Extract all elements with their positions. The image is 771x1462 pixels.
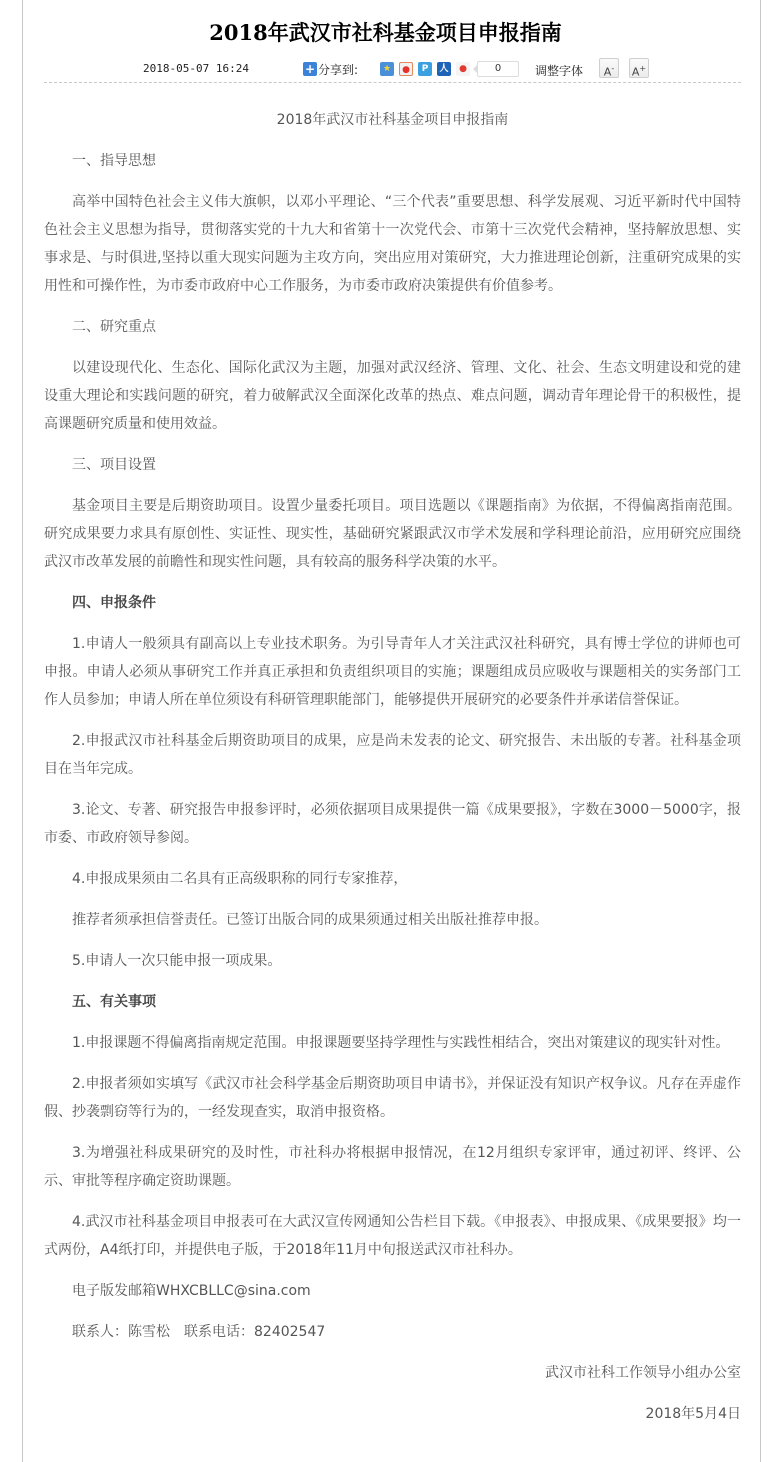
- section-heading: 四、申报条件: [44, 589, 741, 617]
- section-paragraph: 5.申请人一次只能申报一项成果。: [44, 947, 741, 975]
- tencent-weibo-icon[interactable]: P: [418, 62, 432, 76]
- publish-date: 2018-05-07 16:24: [143, 62, 249, 75]
- renren-icon[interactable]: 人: [437, 62, 451, 76]
- share-count: 0: [477, 61, 519, 77]
- qzone-icon[interactable]: ★: [380, 62, 394, 76]
- share-bar: + 分享到: ★ ● P 人 ● 0: [303, 60, 519, 78]
- contact-line: 联系人：陈雪松 联系电话：82402547: [44, 1318, 741, 1346]
- font-adjust-label: 调整字体: [535, 62, 583, 79]
- minus-sup: -: [611, 64, 614, 73]
- section-paragraph: 2.申报者须如实填写《武汉市社会科学基金后期资助项目申请书》，并保证没有知识产权…: [44, 1070, 741, 1126]
- section-paragraph: 基金项目主要是后期资助项目。设置少量委托项目。项目选题以《课题指南》为依据，不得…: [44, 492, 741, 576]
- section-paragraph: 4.武汉市社科基金项目申报表可在大武汉宣传网通知公告栏目下载。《申报表》、申报成…: [44, 1208, 741, 1264]
- signature-org: 武汉市社科工作领导小组办公室: [44, 1359, 741, 1387]
- article-meta-bar: 2018-05-07 16:24 + 分享到: ★ ● P 人 ● 0 调整字体…: [44, 58, 741, 82]
- section-heading: 一、指导思想: [44, 147, 741, 175]
- signature-date: 2018年5月4日: [44, 1400, 741, 1428]
- section-heading: 五、有关事项: [44, 988, 741, 1016]
- article-title: 2018年武汉市社科基金项目申报指南: [0, 18, 771, 48]
- body-subtitle: 2018年武汉市社科基金项目申报指南: [44, 106, 741, 134]
- section-paragraph: 以建设现代化、生态化、国际化武汉为主题，加强对武汉经济、管理、文化、社会、生态文…: [44, 354, 741, 438]
- font-increase-button[interactable]: A+: [629, 58, 649, 78]
- section-heading: 三、项目设置: [44, 451, 741, 479]
- section-paragraph: 3.为增强社科成果研究的及时性，市社科办将根据申报情况，在12月组织专家评审，通…: [44, 1139, 741, 1195]
- section-heading: 二、研究重点: [44, 313, 741, 341]
- share-label[interactable]: 分享到:: [318, 61, 358, 78]
- section-paragraph: 1.申报课题不得偏离指南规定范围。申报课题要坚持学理性与实践性相结合，突出对策建…: [44, 1029, 741, 1057]
- section-paragraph: 4.申报成果须由二名具有正高级职称的同行专家推荐，: [44, 865, 741, 893]
- section-paragraph: 高举中国特色社会主义伟大旗帜，以邓小平理论、“三个代表”重要思想、科学发展观、习…: [44, 188, 741, 300]
- plus-sup: +: [639, 64, 646, 73]
- more-share-icon[interactable]: ●: [456, 62, 470, 76]
- article-body: 2018年武汉市社科基金项目申报指南 一、指导思想 高举中国特色社会主义伟大旗帜…: [44, 106, 741, 1441]
- section-paragraph: 2.申报武汉市社科基金后期资助项目的成果，应是尚未发表的论文、研究报告、未出版的…: [44, 727, 741, 783]
- font-decrease-button[interactable]: A-: [599, 58, 619, 78]
- meta-divider: [44, 82, 741, 83]
- weibo-icon[interactable]: ●: [399, 62, 413, 76]
- section-paragraph: 1.申请人一般须具有副高以上专业技术职务。为引导青年人才关注武汉社科研究，具有博…: [44, 630, 741, 714]
- share-plus-icon[interactable]: +: [303, 62, 317, 76]
- section-paragraph: 3.论文、专著、研究报告申报参评时，必须依据项目成果提供一篇《成果要报》，字数在…: [44, 796, 741, 852]
- section-paragraph: 推荐者须承担信誉责任。已签订出版合同的成果须通过相关出版社推荐申报。: [44, 906, 741, 934]
- email-line: 电子版发邮箱WHXCBLLC@sina.com: [44, 1277, 741, 1305]
